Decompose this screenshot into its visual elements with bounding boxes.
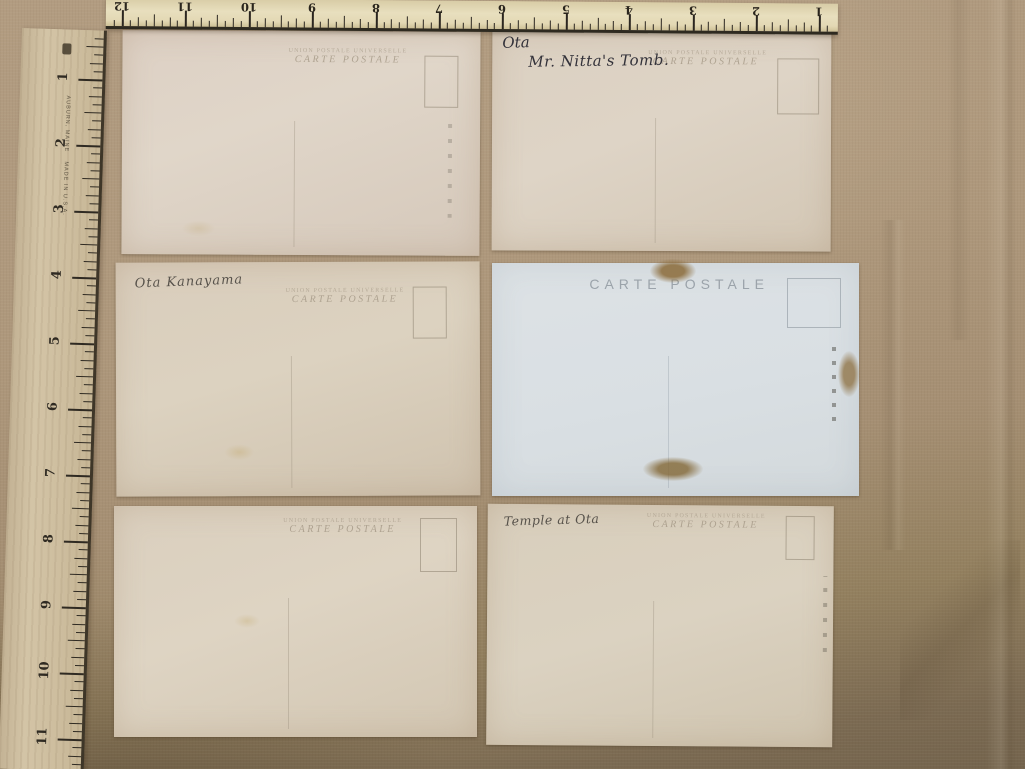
stain [224, 444, 254, 460]
ruler-number: 4 [620, 3, 638, 17]
ruler-tick [74, 681, 83, 682]
ruler-tick [81, 360, 94, 361]
ruler-tick [87, 162, 100, 163]
ruler-tick [296, 18, 297, 27]
ruler-tick [77, 458, 90, 459]
postcard-top-left: UNION POSTALE UNIVERSELLE CARTE POSTALE [121, 30, 480, 256]
ruler-number: 3 [683, 4, 701, 18]
ruler-tick [83, 401, 92, 402]
ruler-tick [264, 18, 265, 27]
ruler-tick [88, 129, 101, 130]
ruler-tick [455, 20, 456, 29]
ruler-tick [86, 46, 103, 48]
ruler-tick [85, 335, 94, 336]
ruler-tick [787, 19, 788, 31]
ruler-tick [76, 491, 89, 492]
ruler-tick [605, 24, 606, 30]
printed-header-main: CARTE POSTALE [647, 519, 765, 531]
ruler-tick [90, 63, 103, 64]
ruler-tick [87, 285, 96, 286]
ruler-tick [86, 195, 99, 196]
ruler-tick [93, 88, 102, 89]
ruler-tick [716, 25, 717, 31]
ruler-tick [534, 17, 535, 29]
ruler-tick [88, 236, 97, 237]
printed-header: UNION POSTALE UNIVERSELLE CARTE POSTALE [283, 288, 407, 305]
ruler-tick [383, 22, 384, 28]
ruler-tick [92, 137, 101, 138]
postcard-bottom-left: UNION POSTALE UNIVERSELLE CARTE POSTALE [114, 506, 477, 737]
ruler-tick [95, 38, 104, 39]
ruler-tick [795, 25, 796, 31]
ruler-tick [73, 590, 86, 591]
ruler-tick [280, 15, 281, 27]
ruler-tick [72, 508, 89, 510]
ruler-tick [70, 574, 87, 576]
ruler-tick [80, 244, 97, 246]
ruler-tick [70, 343, 94, 346]
ruler-tick [169, 17, 170, 26]
ruler-tick [75, 665, 84, 666]
ruler-tick [86, 302, 95, 303]
ruler-tick [84, 112, 101, 114]
postcard-middle-right: CARTE POSTALE [492, 263, 859, 496]
ruler-tick [76, 648, 85, 649]
ruler-tick [700, 25, 701, 31]
ruler-tick [304, 22, 305, 28]
ruler-tick [653, 24, 654, 30]
ruler-tick [256, 21, 257, 27]
ruler-tick [84, 384, 93, 385]
ruler-tick [69, 722, 82, 723]
ruler-tick [677, 21, 678, 30]
ruler-tick [80, 516, 89, 517]
ruler-tick [811, 26, 812, 32]
ruler-tick [88, 252, 97, 253]
ruler-tick [60, 673, 84, 676]
handwriting-caption: Temple at Ota [504, 511, 600, 529]
ruler-tick [621, 24, 622, 30]
printed-header-main: CARTE POSTALE [283, 294, 407, 305]
ruler-tick [558, 24, 559, 30]
stamp-box [785, 516, 814, 560]
ruler-tick [78, 79, 102, 82]
fabric-crease [880, 220, 906, 550]
ruler-tick [91, 153, 100, 154]
address-divider-line [291, 356, 292, 488]
ruler-tick [58, 738, 82, 741]
ruler-tick [78, 566, 87, 567]
ruler-tick [526, 23, 527, 29]
japanese-imprint-marks [823, 576, 828, 652]
handwriting-caption: Ota [502, 33, 530, 52]
ruler-tick [423, 19, 424, 28]
ruler-tick [510, 23, 511, 29]
ruler-tick [74, 442, 91, 444]
ruler-number: 10 [240, 0, 258, 14]
ruler-tick [70, 689, 83, 690]
ruler-tick [82, 434, 91, 435]
ruler-tick [72, 623, 85, 624]
ruler-number: 11 [35, 725, 51, 747]
address-divider-line [288, 598, 289, 729]
ruler-tick [79, 533, 88, 534]
ruler-tick [597, 18, 598, 30]
ruler-tick [75, 524, 88, 525]
ruler-tick [827, 26, 828, 32]
ruler-tick [94, 55, 103, 56]
ruler-tick [80, 500, 89, 501]
ruler-tick [86, 318, 95, 319]
stamp-box [424, 56, 458, 108]
ruler-tick [68, 409, 92, 412]
ruler-number: 3 [51, 198, 67, 220]
address-divider-line [652, 601, 654, 738]
ruler-tick [138, 17, 139, 26]
ruler-tick [82, 178, 99, 180]
printed-header: UNION POSTALE UNIVERSELLE CARTE POSTALE [287, 48, 409, 66]
ruler-tick [352, 22, 353, 28]
ruler-tick [72, 764, 81, 765]
ruler-tick [72, 747, 81, 748]
ruler-number: 9 [303, 1, 321, 15]
ruler-tick [89, 219, 98, 220]
stain [182, 220, 216, 236]
ruler-tick [68, 640, 85, 642]
ruler-tick [748, 25, 749, 31]
ruler-tick [637, 24, 638, 30]
ruler-tick [407, 16, 408, 28]
ruler-number: 1 [56, 66, 72, 88]
ruler-tick [114, 20, 115, 26]
printed-header-main: CARTE POSTALE [281, 524, 404, 535]
ruler-number: 8 [41, 527, 57, 549]
ruler-tick [201, 18, 202, 27]
ruler-tick [83, 294, 96, 295]
ruler-number: 4 [49, 263, 65, 285]
ruler-tick [71, 656, 84, 657]
ruler-brand-logo [62, 43, 71, 54]
address-divider-line [293, 121, 295, 247]
ruler-tick [415, 22, 416, 28]
postcard-bottom-right: UNION POSTALE UNIVERSELLE CARTE POSTALE … [486, 504, 834, 747]
stamp-box [413, 286, 447, 338]
address-divider-line [654, 118, 655, 243]
ruler-tick [90, 186, 99, 187]
ruler-number: 2 [54, 132, 70, 154]
ruler-tick [550, 20, 551, 29]
ruler-tick [87, 269, 96, 270]
left-ruler: AUBURN, MAINE MADE IN U.S.A. 12345678910… [0, 28, 107, 769]
ruler-tick [84, 368, 93, 369]
ruler-tick [76, 145, 100, 148]
ruler-tick [90, 203, 99, 204]
ruler-tick [336, 22, 337, 28]
ruler-number: 6 [45, 395, 61, 417]
ruler-tick [85, 351, 94, 352]
ruler-tick [803, 22, 804, 31]
ruler-tick [91, 170, 100, 171]
ruler-tick [613, 21, 614, 30]
ruler-tick [573, 24, 574, 30]
ruler-tick [82, 327, 95, 328]
ruler-tick [85, 228, 98, 229]
ruler-tick [74, 698, 83, 699]
ruler-tick [740, 22, 741, 31]
ruler-tick [320, 22, 321, 28]
ruler-tick [661, 18, 662, 30]
ruler-tick [78, 310, 95, 312]
stamp-box [420, 518, 457, 572]
ruler-tick [478, 23, 479, 29]
ruler-tick [328, 19, 329, 28]
ruler-tick [66, 475, 90, 478]
ruler-tick [177, 21, 178, 27]
ruler-tick [73, 714, 82, 715]
ruler-tick [153, 14, 154, 26]
ruler-tick [77, 599, 86, 600]
printed-header: UNION POSTALE UNIVERSELLE CARTE POSTALE [281, 518, 404, 535]
ruler-tick [79, 549, 88, 550]
printed-header: UNION POSTALE UNIVERSELLE CARTE POSTALE [647, 513, 765, 531]
ruler-tick [360, 19, 361, 28]
ruler-tick [83, 417, 92, 418]
ruler-tick [708, 22, 709, 31]
ruler-tick [193, 21, 194, 27]
ruler-tick [66, 706, 83, 708]
ruler-tick [81, 467, 90, 468]
ruler-number: 8 [366, 1, 384, 15]
ruler-tick [74, 557, 87, 558]
postcard-top-right: UNION POSTALE UNIVERSELLE CARTE POSTALE … [492, 29, 832, 251]
ruler-tick [94, 71, 103, 72]
fabric-crease [900, 540, 1020, 720]
ruler-tick [463, 23, 464, 29]
ruler-number: 2 [747, 4, 765, 18]
ruler-tick [344, 16, 345, 28]
ruler-tick [82, 450, 91, 451]
stamp-box [777, 58, 819, 114]
stain [650, 259, 696, 283]
ruler-tick [146, 20, 147, 26]
ruler-tick [233, 18, 234, 27]
ruler-number: 5 [557, 3, 575, 17]
ruler-tick [73, 731, 82, 732]
ruler-tick [486, 20, 487, 29]
ruler-tick [76, 376, 93, 378]
stain [643, 457, 703, 481]
ruler-tick [288, 21, 289, 27]
stain [234, 614, 260, 628]
ruler-tick [399, 22, 400, 28]
ruler-tick [431, 23, 432, 29]
ruler-tick [581, 21, 582, 30]
ruler-tick [447, 23, 448, 29]
ruler-number: 10 [37, 659, 53, 681]
ruler-tick [272, 21, 273, 27]
handwriting-caption: Mr. Nitta's Tomb. [528, 51, 669, 71]
ruler-tick [79, 425, 92, 426]
ruler-number: 7 [430, 2, 448, 16]
ruler-number: 7 [43, 461, 59, 483]
japanese-imprint-marks [448, 120, 453, 218]
stamp-box [787, 278, 841, 328]
japanese-imprint-marks [832, 345, 836, 421]
ruler-tick [645, 21, 646, 30]
ruler-tick [84, 261, 97, 262]
ruler-tick [89, 96, 102, 97]
fabric-crease [986, 0, 1016, 769]
ruler-tick [724, 19, 725, 31]
ruler-tick [76, 632, 85, 633]
postcard-middle-left: UNION POSTALE UNIVERSELLE CARTE POSTALE … [116, 261, 481, 496]
top-ruler: 121110987654321 [106, 0, 838, 35]
ruler-tick [470, 17, 471, 29]
ruler-tick [684, 25, 685, 31]
ruler-tick [764, 25, 765, 31]
ruler-number: 11 [176, 0, 194, 14]
ruler-number: 1 [810, 5, 828, 19]
ruler-tick [589, 24, 590, 30]
ruler-tick [367, 22, 368, 28]
ruler-tick [241, 21, 242, 27]
ruler-tick [772, 22, 773, 31]
fabric-crease [948, 0, 970, 340]
ruler-tick [669, 24, 670, 30]
ruler-tick [225, 21, 226, 27]
ruler-tick [542, 23, 543, 29]
ruler-tick [518, 20, 519, 29]
photo-scene: UNION POSTALE UNIVERSELLE CARTE POSTALE … [0, 0, 1025, 769]
ruler-number: 6 [493, 2, 511, 16]
ruler-number: 5 [47, 329, 63, 351]
ruler-tick [78, 582, 87, 583]
ruler-tick [81, 483, 90, 484]
stain [838, 351, 860, 397]
ruler-tick [130, 20, 131, 26]
ruler-number: 9 [39, 593, 55, 615]
ruler-tick [72, 277, 96, 280]
ruler-tick [217, 15, 218, 27]
ruler-tick [209, 21, 210, 27]
ruler-tick [780, 25, 781, 31]
ruler-tick [494, 23, 495, 29]
ruler-tick [64, 541, 88, 544]
ruler-tick [93, 104, 102, 105]
handwriting-caption: Ota Kanayama [134, 272, 243, 291]
ruler-tick [161, 20, 162, 26]
ruler-tick [732, 25, 733, 31]
ruler-number: 12 [113, 0, 131, 13]
ruler-tick [68, 755, 81, 756]
printed-header-main: CARTE POSTALE [287, 54, 409, 66]
ruler-tick [74, 211, 98, 214]
ruler-tick [80, 392, 93, 393]
ruler-tick [62, 607, 86, 610]
ruler-tick [92, 120, 101, 121]
ruler-tick [77, 615, 86, 616]
ruler-tick [391, 19, 392, 28]
